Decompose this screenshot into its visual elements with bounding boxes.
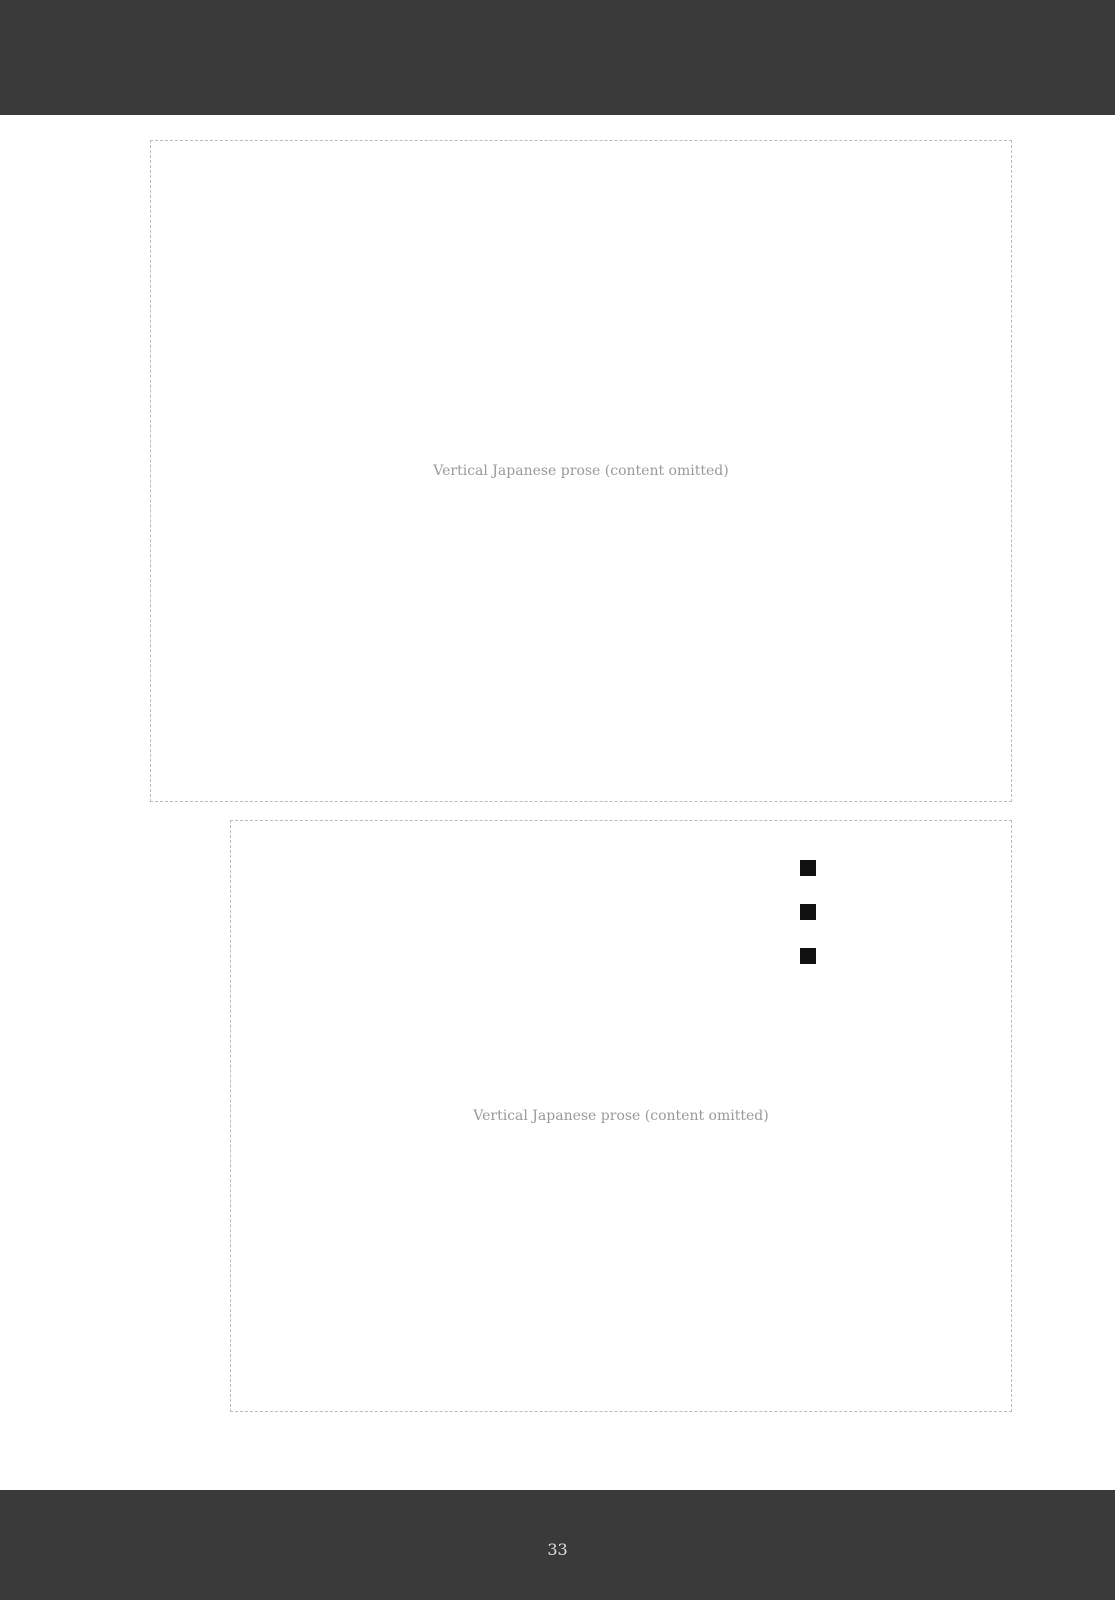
upper-text-block: Vertical Japanese prose (content omitted… <box>150 140 1012 802</box>
upper-text-note: Vertical Japanese prose (content omitted… <box>433 463 728 479</box>
lower-text-note: Vertical Japanese prose (content omitted… <box>473 1108 768 1124</box>
header-band <box>0 0 1115 115</box>
lower-text-block: Vertical Japanese prose (content omitted… <box>230 820 1012 1412</box>
page-number: 33 <box>0 1540 1115 1559</box>
